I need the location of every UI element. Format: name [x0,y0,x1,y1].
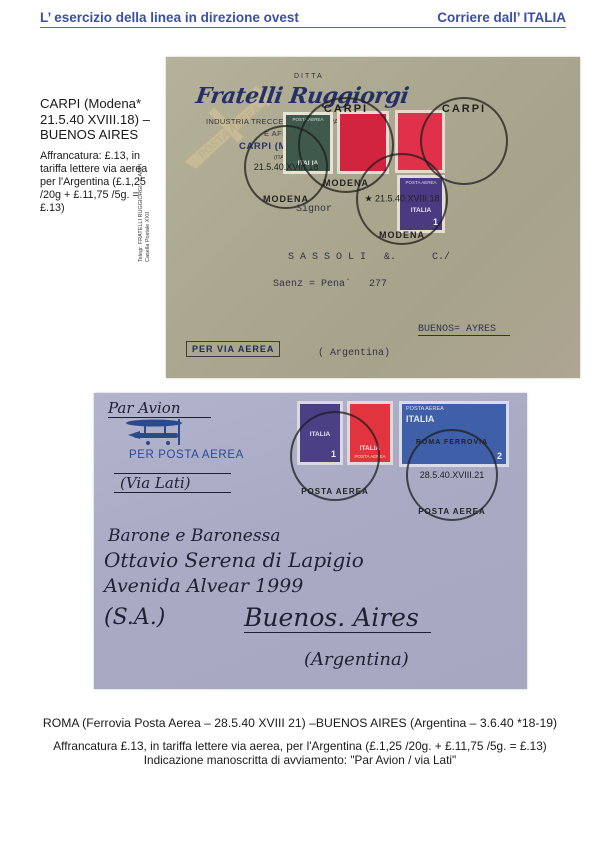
address-street: Saenz = Pena` 277 [273,279,387,290]
header-divider [40,27,566,28]
address-line3: Avenida Alvear 1999 [104,575,303,597]
postmark: POSTA AEREA [290,411,380,501]
cover2-caption: ROMA (Ferrovia Posta Aerea – 28.5.40 XVI… [0,716,600,767]
address-line5: (Argentina) [304,649,409,670]
biplane-icon [124,417,194,449]
address-line4-right: Buenos. Aires [244,603,431,633]
address-country: ( Argentina) [318,348,390,359]
airmail-label: PER VIA AEREA [186,341,280,357]
postmark: ROMA FERROVIA 28.5.40.XVIII.21 POSTA AER… [406,429,498,521]
per-posta-aerea-label: PER POSTA AEREA [129,449,244,461]
postmark: ★ 21.5.40.XVIII.18 MODENA [356,153,448,245]
address-salutation: Signor [296,204,332,215]
address-line4-left: (S.A.) [104,605,165,630]
page-title: L’ esercizio della linea in direzione ov… [40,10,299,25]
cover2-caption-routing-note: Indicazione manoscritta di avviamento: "… [0,753,600,767]
cover1-caption-title: CARPI (Modena* 21.5.40 XVIII.18) – BUENO… [40,96,160,143]
address-line1: Barone e Baronessa [108,526,280,546]
address-city: BUENOS= AYRES [418,324,510,336]
cover2-envelope: Par Avion PER POSTA AEREA (Via Lati) ITA… [94,393,527,689]
route-via-lati: (Via Lati) [114,473,231,493]
series-title: Corriere dall’ ITALIA [437,10,566,25]
cover2-caption-postage: Affrancatura £.13, in tariffa lettere vi… [0,739,600,753]
address-name: S A S S O L I &. C./ [288,252,450,263]
letterhead-vertical-text: Telegr. FRATELLI RUGGIORGI - CARPI Casel… [138,164,152,262]
cover1-envelope: POSTA AEREA DITTA Fratelli Ruggiorgi IND… [166,57,580,378]
letterhead-ditta: DITTA [294,73,324,80]
route-par-avion: Par Avion [108,399,211,418]
postmark: 21.5.40.XVIII.18 MODENA [244,125,328,209]
address-line2: Ottavio Serena di Lapigio [104,548,364,572]
cover2-caption-route: ROMA (Ferrovia Posta Aerea – 28.5.40 XVI… [0,716,600,730]
